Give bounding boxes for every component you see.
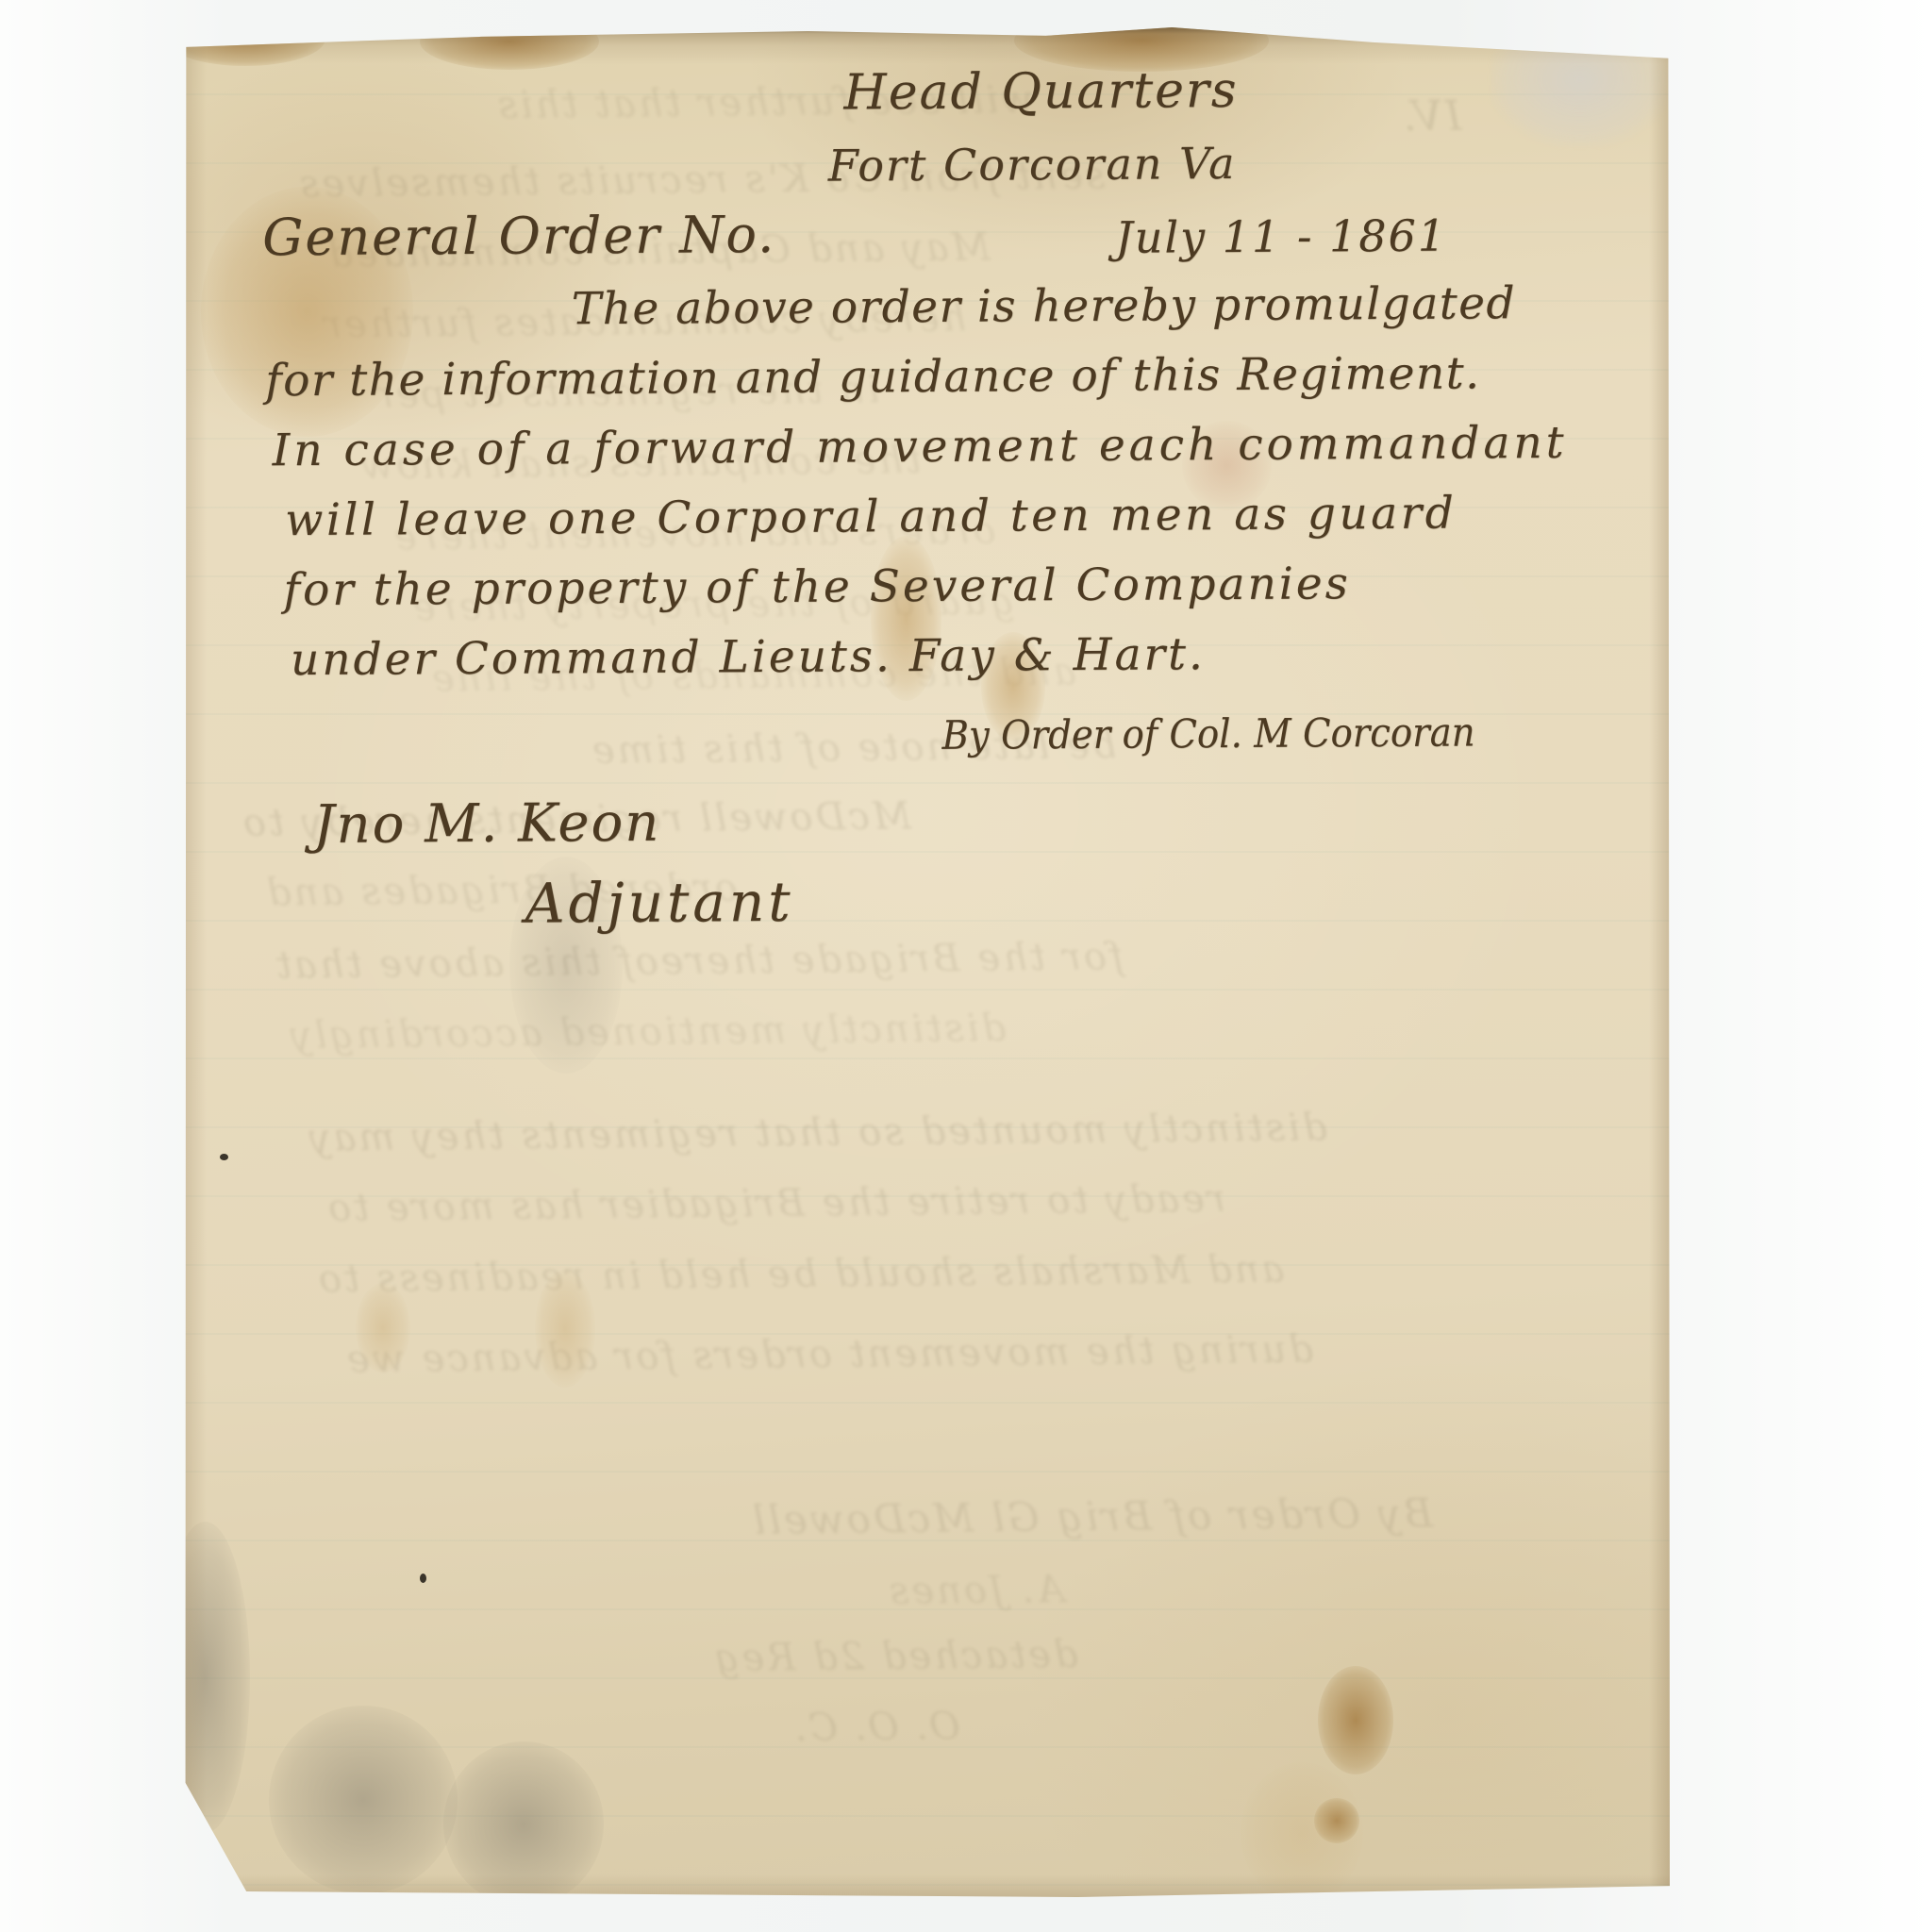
- scanned-document-photo: IV.will see further that thissent from C…: [0, 0, 1932, 1932]
- letter-paper-sheet: IV.will see further that thissent from C…: [184, 26, 1670, 1899]
- body-line: under Command Lieuts. Fay & Hart.: [291, 628, 1206, 686]
- signature-jno-m-keon: Jno M. Keon: [313, 792, 661, 856]
- body-line: for the information and guidance of this…: [265, 347, 1481, 407]
- general-order-label: General Order No.: [262, 205, 775, 267]
- signature-title-adjutant: Adjutant: [525, 870, 793, 936]
- body-line: The above order is hereby promulgated: [572, 277, 1517, 335]
- header-head-quarters: Head Quarters: [843, 62, 1238, 122]
- body-line: will leave one Corporal and ten men as g…: [285, 488, 1457, 547]
- body-line: for the property of the Several Companie…: [283, 558, 1350, 616]
- header-fort-corcoran: Fort Corcoran Va: [828, 138, 1237, 192]
- handwriting-layer: Head Quarters Fort Corcoran Va July 11 -…: [178, 22, 1675, 1904]
- header-date: July 11 - 1861: [1115, 210, 1447, 263]
- by-order-line: By Order of Col. M Corcoran: [941, 708, 1474, 758]
- body-line: In case of a forward movement each comma…: [273, 417, 1568, 476]
